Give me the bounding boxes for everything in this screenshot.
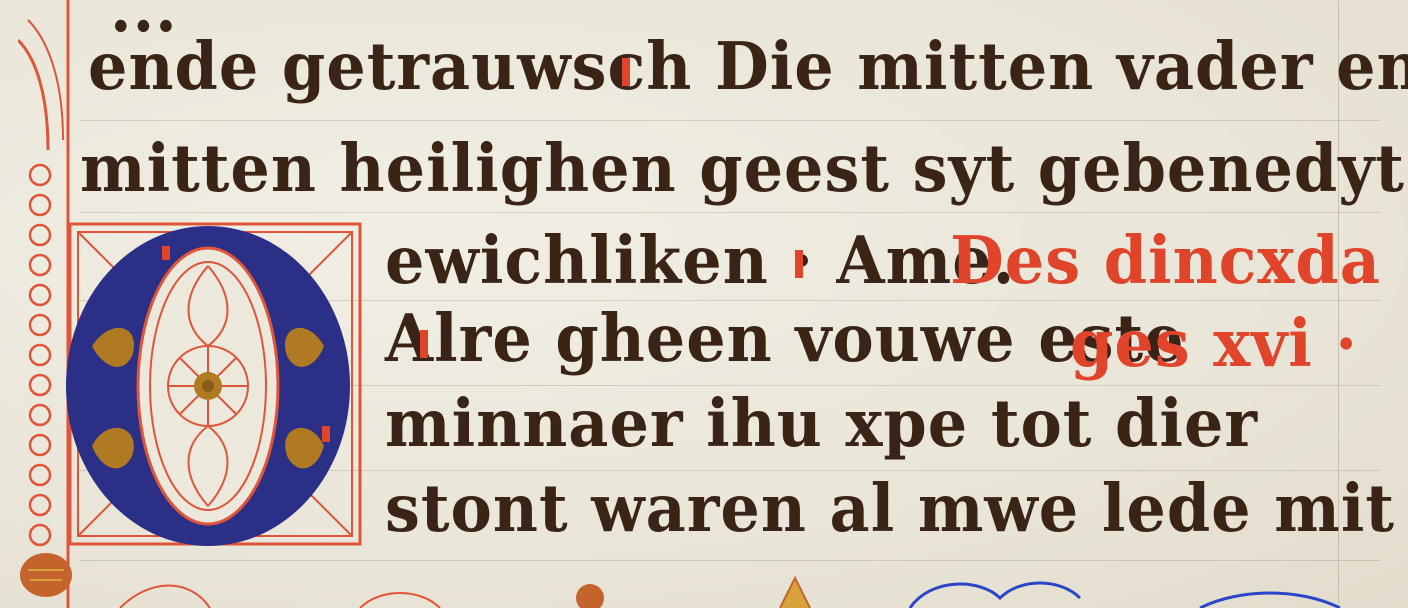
rubric-heading-2: ges xvi ·	[1070, 305, 1358, 382]
red-stroke-mark	[420, 330, 428, 358]
ruling-line	[80, 212, 1380, 213]
rubric-heading-1: Des dincxda	[950, 222, 1381, 299]
ruling-line	[80, 560, 1380, 561]
bottom-flourishes	[0, 568, 1408, 608]
text-line-1: ende getrauwsch Die mitten vader en	[88, 28, 1408, 105]
illuminated-initial-o	[62, 216, 368, 552]
text-line-6: stont waren al mwe lede mit	[385, 470, 1395, 547]
text-line-5: minnaer ihu xpe tot dier	[385, 385, 1258, 462]
text-line-2: mitten heilighen geest syt gebenedyt	[80, 130, 1405, 207]
text-line-4: Alre gheen vouwe este	[385, 300, 1185, 377]
red-stroke-mark	[795, 250, 803, 278]
text-line-3: ewichliken · Ame.	[385, 222, 1015, 299]
ruling-line	[80, 120, 1380, 121]
red-stroke-mark	[622, 58, 630, 86]
